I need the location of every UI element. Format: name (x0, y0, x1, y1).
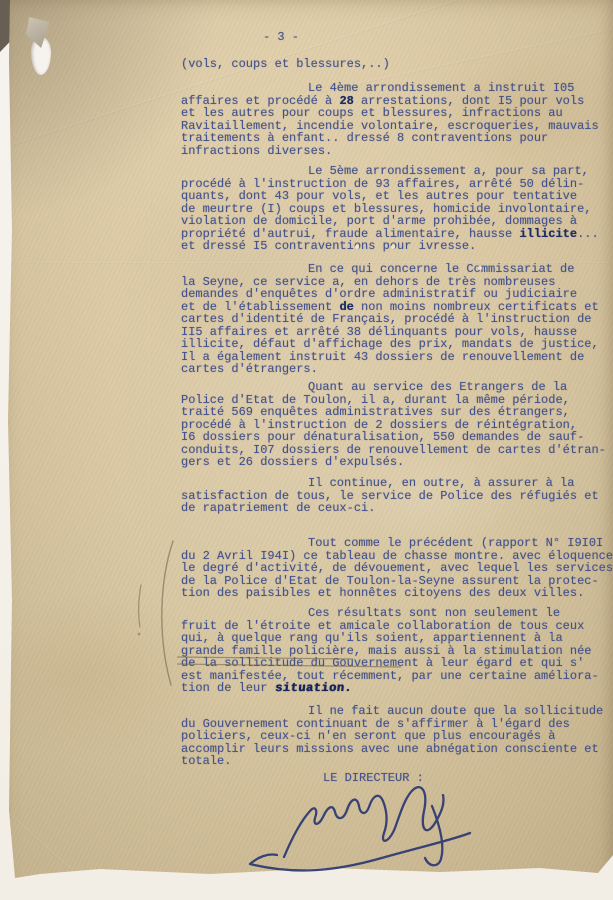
typed-line: de la sollicitude du Gouvernement à leur… (181, 657, 613, 670)
paragraph: Le 5ème arrondissement a, pour sa part,p… (181, 165, 613, 253)
page-number: - 3 - (263, 31, 613, 44)
typed-line: Ces résultats sont non seulement le (308, 607, 613, 620)
typed-line: traitements à enfant.. dressé 8 contrave… (181, 132, 613, 145)
typed-line: Le 5ème arrondissement a, pour sa part, (308, 165, 613, 178)
typed-line: cartes d'étrangers. (181, 363, 613, 376)
paragraph: Quant au service des Etrangers de laPoli… (181, 381, 613, 469)
typed-line: accomplir leurs missions avec une abnéga… (181, 743, 613, 756)
typed-line: traité 569 enquêtes administratives sur … (181, 406, 613, 419)
typed-line: tion de leur situation. (181, 682, 613, 695)
intro-line: (vols, coups et blessures,..) (181, 58, 613, 71)
typed-line: tion des paisibles et honnêtes citoyens … (181, 587, 613, 600)
typed-line: Il ne fait aucun doute que la sollicitud… (308, 705, 613, 718)
typed-line: demandes d'enquêtes d'ordre administrati… (181, 288, 613, 301)
paragraph: Ces résultats sont non seulement lefruit… (181, 607, 613, 695)
closing-title: LE DIRECTEUR : (323, 772, 613, 785)
typed-line: illicite, défaut d'affichage des prix, m… (181, 338, 613, 351)
typed-line: et les autres pour coups et blessures, i… (181, 107, 613, 120)
paragraphs-container: Le 4ème arrondissement a instruit I05aff… (181, 82, 613, 768)
typed-line: totale. (181, 755, 613, 768)
paragraph: Il continue, en outre, à assurer à lasat… (181, 477, 613, 515)
typed-line: Tout comme le précédent (rapport N° I9I0… (308, 537, 613, 550)
paper-crease (149, 85, 151, 860)
paper-crease (0, 805, 94, 890)
typed-line: Il continue, en outre, à assurer à la (308, 477, 613, 490)
typed-line: I6 dossiers pour dénaturalisation, 550 d… (181, 431, 613, 444)
typed-line: gers et 26 dossiers d'expulsés. (181, 456, 613, 469)
typed-line: le degré d'activité, de dévouement, avec… (181, 562, 613, 575)
paragraph: Tout comme le précédent (rapport N° I9I0… (181, 537, 613, 600)
paragraph: Il ne fait aucun doute que la sollicitud… (181, 705, 613, 768)
typed-line: En ce qui concerne le Commissariat de (308, 263, 613, 276)
typed-line: infractions diverses. (181, 145, 613, 158)
typed-line: cartes d'identité de Français, procédé à… (181, 313, 613, 326)
paragraph: Le 4ème arrondissement a instruit I05aff… (181, 82, 613, 157)
typed-text-block: - 3 - (vols, coups et blessures,..) Le 4… (181, 31, 613, 785)
handwritten-correction: situation. (274, 682, 352, 695)
document-scan-page-3: - 3 - (vols, coups et blessures,..) Le 4… (0, 0, 613, 900)
typed-line: quants, dont 43 pour vols, et les autres… (181, 190, 613, 203)
ink-correction: illicite (519, 227, 577, 241)
typed-line: de rapatriement de ceux-ci. (181, 502, 613, 515)
typed-line: policiers, ceux-ci n'en seront que plus … (181, 730, 613, 743)
typed-line: Quant au service des Etrangers de la (308, 381, 613, 394)
paragraph: En ce qui concerne le Commissariat dela … (181, 263, 613, 376)
typed-line: et dressé I5 contraventions pour ivresse… (181, 240, 613, 253)
typed-line: qui, à quelque rang qu'ils soient, appar… (181, 632, 613, 645)
